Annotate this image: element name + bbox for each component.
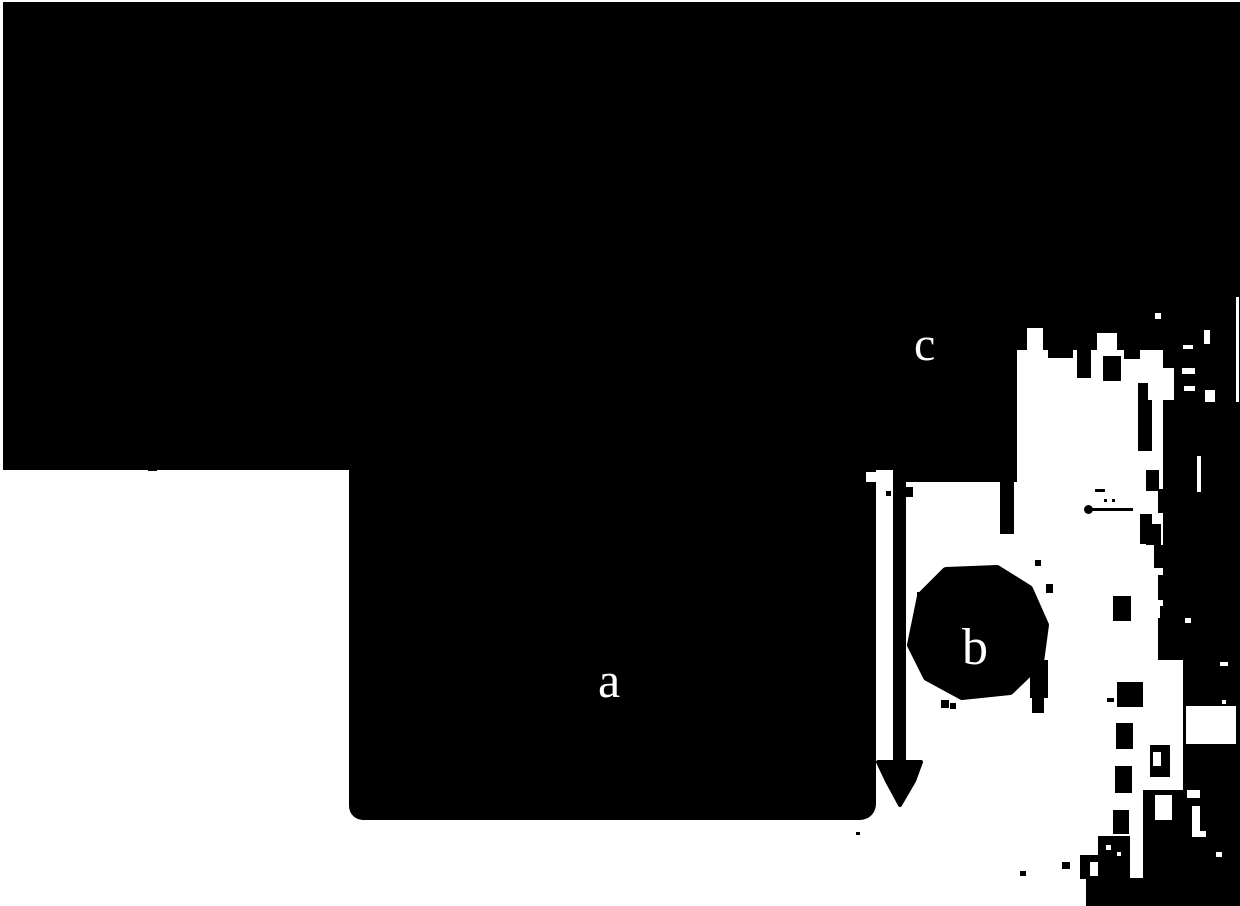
specimen-region-a xyxy=(349,460,876,820)
label-a: a xyxy=(598,655,620,705)
white-edge-sliver xyxy=(1236,297,1239,402)
noise-blob xyxy=(1158,575,1177,600)
noise-blob xyxy=(1115,766,1132,793)
white-patch xyxy=(1155,795,1172,820)
noise-blob xyxy=(1077,350,1091,378)
white-notch xyxy=(866,472,878,482)
white-spike xyxy=(1027,328,1043,352)
noise-blob xyxy=(1154,545,1171,568)
noise-blob xyxy=(1146,524,1161,545)
white-speck xyxy=(1106,845,1111,850)
noise-speck xyxy=(1020,871,1026,876)
label-c: c xyxy=(914,321,935,369)
noise-speck xyxy=(1032,697,1044,713)
noise-blob xyxy=(1158,618,1184,660)
noise-blob xyxy=(1030,660,1048,698)
white-speck xyxy=(1185,618,1191,623)
white-dash xyxy=(1187,790,1200,798)
noise-blob xyxy=(1103,356,1121,381)
white-speck xyxy=(1155,313,1161,319)
white-hole xyxy=(1153,752,1161,766)
noise-speck xyxy=(856,832,860,835)
noise-blob xyxy=(1116,723,1133,749)
white-dash xyxy=(1183,345,1193,349)
white-dash xyxy=(1182,368,1195,374)
white-patch xyxy=(1148,368,1174,400)
noise-blob xyxy=(1113,810,1129,834)
white-speck xyxy=(1220,662,1228,666)
noise-speck xyxy=(214,467,220,470)
white-speck xyxy=(1222,700,1226,704)
white-patch xyxy=(1186,706,1236,744)
noise-blob xyxy=(1117,682,1143,707)
white-sliver xyxy=(1090,862,1098,876)
noise-speck xyxy=(1062,862,1070,869)
down-arrowhead-icon xyxy=(870,755,930,810)
noise-mark xyxy=(1046,584,1053,593)
noise-mark xyxy=(1112,499,1115,502)
dark-region-top-left xyxy=(3,348,1017,470)
noise-mark xyxy=(1107,698,1114,702)
white-dash xyxy=(1184,386,1195,391)
noise-blob xyxy=(1048,350,1073,358)
white-speck xyxy=(1117,852,1121,856)
noise-blob xyxy=(1124,350,1140,359)
white-mark xyxy=(1192,831,1206,837)
white-speck xyxy=(1216,852,1222,857)
white-mark xyxy=(1205,390,1215,402)
dark-region-edge xyxy=(1000,468,1014,534)
noise-blob xyxy=(1146,470,1159,491)
noise-speck xyxy=(950,703,956,709)
noise-mark xyxy=(1095,489,1105,492)
noise-mark xyxy=(1104,499,1107,502)
noise-speck xyxy=(886,491,891,496)
noise-speck xyxy=(905,487,913,497)
noise-speck xyxy=(917,592,922,597)
noise-blob xyxy=(1160,606,1176,618)
white-mark xyxy=(1204,330,1210,344)
noise-speck xyxy=(1035,560,1041,566)
white-sliver xyxy=(1197,456,1201,492)
label-b: b xyxy=(962,622,988,674)
noise-blob xyxy=(1158,489,1188,513)
left-pointer-shaft xyxy=(1091,508,1133,511)
noise-speck xyxy=(148,467,157,471)
noise-blob xyxy=(1113,596,1131,621)
binarized-photo-figure: a b c xyxy=(0,0,1240,906)
white-spike xyxy=(1097,333,1117,352)
dark-region-top xyxy=(3,2,1240,350)
noise-blob xyxy=(1098,836,1130,884)
noise-speck xyxy=(941,700,949,708)
